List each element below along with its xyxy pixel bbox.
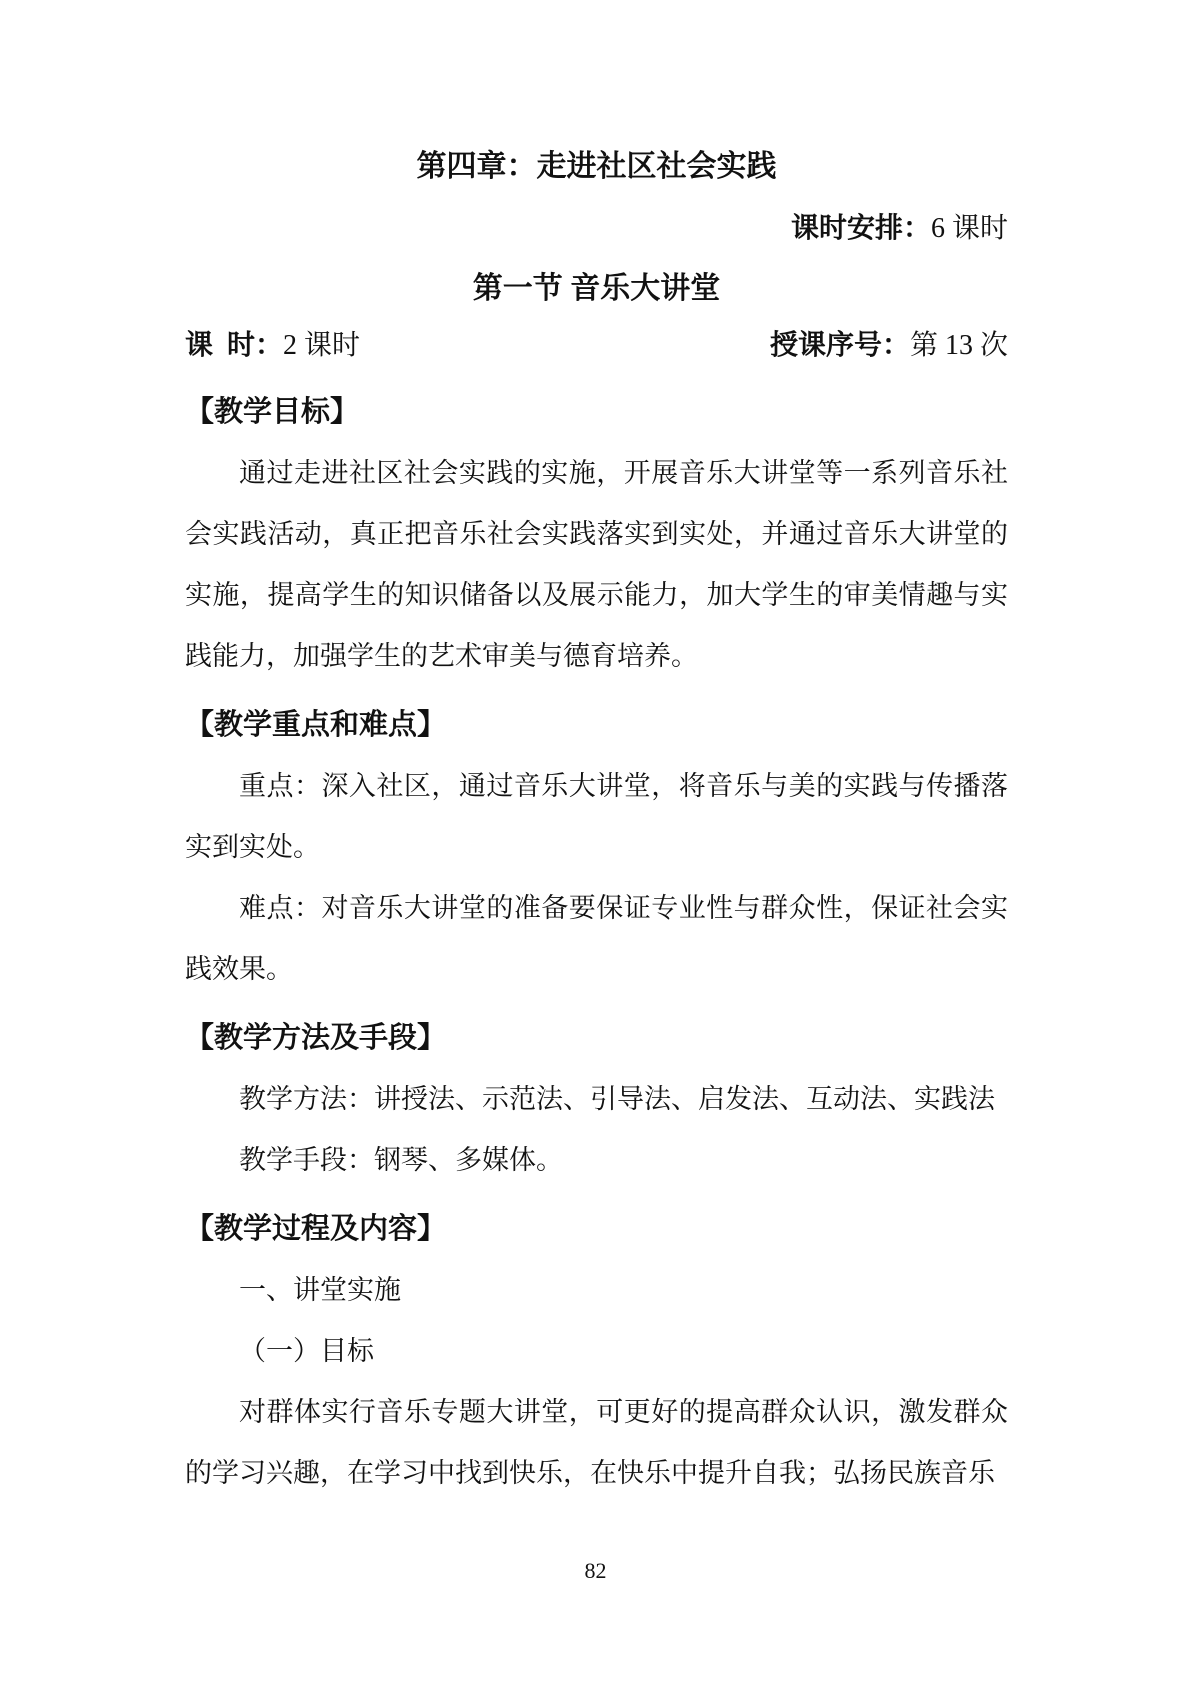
page-number: 82 (0, 1558, 1191, 1584)
class-hours-label: 课时安排： (791, 213, 931, 244)
period-field: 课 时：2 课时 (185, 317, 360, 374)
section-heading: 【教学目标】 (185, 382, 1008, 443)
paragraph: 教学方法：讲授法、示范法、引导法、启发法、互动法、实践法 (185, 1069, 1008, 1130)
sections-container: 【教学目标】通过走进社区社会实践的实施，开展音乐大讲堂等一系列音乐社会实践活动，… (185, 382, 1008, 1504)
class-hours-value: 6 课时 (931, 213, 1008, 244)
paragraph: 对群体实行音乐专题大讲堂，可更好的提高群众认识，激发群众的学习兴趣，在学习中找到… (185, 1382, 1008, 1504)
period-label: 课 时： (185, 330, 283, 361)
document-page: 第四章：走进社区社会实践 课时安排：6 课时 第一节 音乐大讲堂 课 时：2 课… (0, 0, 1191, 1684)
paragraph: 重点：深入社区，通过音乐大讲堂，将音乐与美的实践与传播落实到实处。 (185, 756, 1008, 878)
meta-row: 课 时：2 课时 授课序号：第 13 次 (185, 317, 1008, 374)
class-hours-line: 课时安排：6 课时 (185, 198, 1008, 260)
paragraph: 一、讲堂实施 (185, 1260, 1008, 1321)
period-value: 2 课时 (283, 330, 360, 361)
paragraph: 通过走进社区社会实践的实施，开展音乐大讲堂等一系列音乐社会实践活动，真正把音乐社… (185, 443, 1008, 687)
paragraph: （一）目标 (185, 1321, 1008, 1382)
section-title: 第一节 音乐大讲堂 (185, 260, 1008, 317)
paragraph: 教学手段：钢琴、多媒体。 (185, 1130, 1008, 1191)
section-heading: 【教学过程及内容】 (185, 1199, 1008, 1260)
section-heading: 【教学重点和难点】 (185, 695, 1008, 756)
paragraph: 难点：对音乐大讲堂的准备要保证专业性与群众性，保证社会实践效果。 (185, 878, 1008, 1000)
section-heading: 【教学方法及手段】 (185, 1008, 1008, 1069)
document-content: 第四章：走进社区社会实践 课时安排：6 课时 第一节 音乐大讲堂 课 时：2 课… (185, 135, 1008, 1504)
sequence-value: 第 13 次 (910, 330, 1008, 361)
sequence-field: 授课序号：第 13 次 (770, 317, 1008, 374)
chapter-title: 第四章：走进社区社会实践 (185, 135, 1008, 198)
sequence-label: 授课序号： (770, 330, 910, 361)
